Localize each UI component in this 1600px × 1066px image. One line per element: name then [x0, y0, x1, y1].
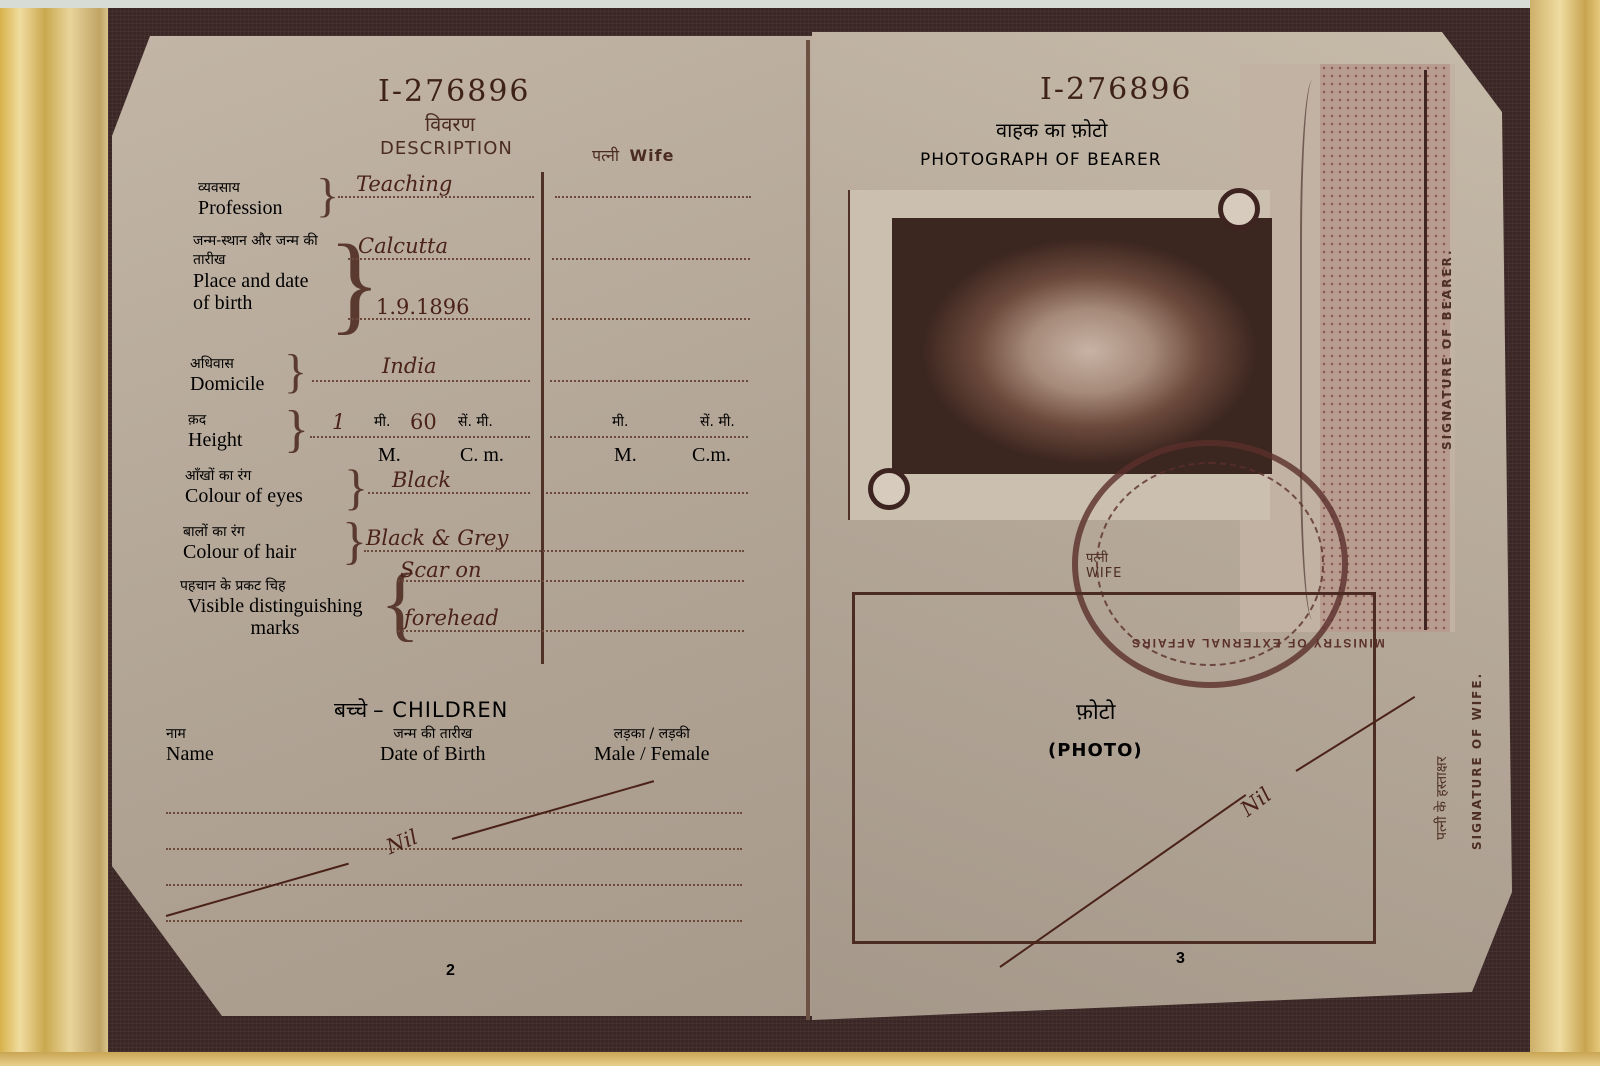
dotted-line — [338, 196, 534, 198]
height-meters-value: 1 — [332, 410, 345, 434]
height-label-hindi: क़द — [188, 410, 242, 429]
profession-label-hindi: व्यवसाय — [198, 178, 282, 197]
wife-height-cm-unit: C.m. — [692, 444, 731, 466]
brace: } — [284, 344, 307, 399]
wife-label: WIFE — [1086, 566, 1122, 581]
wife-profession-line — [555, 196, 751, 198]
height-m-unit-hindi: मी. — [374, 412, 390, 431]
photo-title: PHOTOGRAPH OF BEARER — [920, 150, 1162, 170]
hair-label: Colour of hair — [183, 541, 296, 563]
children-row-line — [166, 812, 742, 814]
dob-value: 1.9.1896 — [376, 295, 470, 319]
wife-eyes-line — [546, 492, 748, 494]
eyes-value: Black — [392, 468, 451, 492]
eyes-label: Colour of eyes — [185, 485, 303, 507]
wife-height-m-hindi: मी. — [612, 412, 628, 431]
col-sex-hindi: लड़का / लड़की — [594, 724, 710, 743]
children-row-line — [166, 884, 742, 886]
brace: } — [316, 168, 339, 223]
wife-domicile-line — [550, 380, 748, 382]
col-name-hindi: नाम — [166, 724, 214, 743]
page-number-right: 3 — [1176, 950, 1185, 968]
passport-number-left: I-276896 — [378, 74, 531, 109]
description-title-hindi: विवरण — [425, 110, 475, 137]
dotted-line — [310, 436, 530, 438]
column-divider — [541, 172, 544, 664]
frame-right-edge — [1530, 0, 1600, 1066]
wife-label-hindi: पत्नी — [1086, 548, 1122, 566]
signature-of-bearer-label: SIGNATURE OF BEARER. — [1440, 230, 1454, 450]
children-title-hindi: बच्चे — [334, 698, 367, 722]
height-label: Height — [188, 429, 242, 451]
height-cm-unit: C. m. — [460, 444, 504, 466]
birth-label-hindi: जन्म-स्थान और जन्म की तारीख — [193, 232, 323, 270]
dotted-line — [364, 550, 744, 552]
description-title: DESCRIPTION — [380, 138, 513, 159]
brace: } — [344, 458, 368, 516]
photo-rivet-icon — [868, 468, 910, 510]
height-cm-value: 60 — [410, 410, 437, 434]
profession-label: Profession — [198, 197, 282, 219]
signature-of-wife-hindi: पत्नी के हस्ताक्षर — [1432, 680, 1451, 840]
col-dob: Date of Birth — [380, 743, 486, 765]
wife-birthplace-line — [552, 258, 750, 260]
hair-label-hindi: बालों का रंग — [183, 522, 296, 541]
wife-column-header: पत्नी Wife — [592, 144, 674, 166]
height-cm-unit-hindi: सें. मी. — [458, 412, 493, 431]
brace: } — [342, 512, 367, 571]
children-col-dob: जन्म की तारीख Date of Birth — [380, 724, 486, 765]
wife-height-line — [550, 436, 748, 438]
frame-bottom-edge — [0, 1052, 1600, 1066]
dotted-line — [312, 380, 530, 382]
field-birth: जन्म-स्थान और जन्म की तारीख Place and da… — [193, 232, 323, 314]
domicile-value: India — [382, 354, 437, 378]
profession-value: Teaching — [356, 172, 452, 196]
bearer-photograph — [892, 218, 1272, 474]
page-number-left: 2 — [446, 962, 455, 980]
marks-label: Visible distinguishing marks — [180, 595, 370, 639]
col-sex: Male / Female — [594, 743, 710, 765]
field-marks: पहचान के प्रकट चिह Visible distinguishin… — [180, 576, 380, 639]
brace: } — [284, 400, 309, 459]
wife-photo-label: (PHOTO) — [1048, 740, 1143, 761]
col-dob-hindi: जन्म की तारीख — [380, 724, 486, 743]
wife-column-label: Wife — [629, 146, 674, 165]
dotted-line — [368, 492, 530, 494]
domicile-label: Domicile — [190, 373, 264, 395]
field-height: क़द Height — [188, 410, 242, 451]
field-eyes: आँखों का रंग Colour of eyes — [185, 466, 303, 507]
frame-top-edge — [0, 0, 1600, 8]
hair-value: Black & Grey — [366, 526, 508, 550]
photo-rivet-icon — [1218, 188, 1260, 230]
signature-of-wife-label: SIGNATURE OF WIFE. — [1470, 660, 1484, 850]
children-col-name: नाम Name — [166, 724, 214, 765]
domicile-label-hindi: अधिवास — [190, 354, 264, 373]
marks-value-line1: Scar on — [400, 558, 482, 582]
birth-label: Place and date of birth — [193, 270, 323, 314]
signature-strip-border — [1424, 70, 1427, 630]
dotted-line — [398, 630, 744, 632]
height-m-unit: M. — [378, 444, 401, 466]
children-col-sex: लड़का / लड़की Male / Female — [594, 724, 710, 765]
marks-value-line2: forehead — [404, 606, 499, 630]
field-domicile: अधिवास Domicile — [190, 354, 264, 395]
eyes-label-hindi: आँखों का रंग — [185, 466, 303, 485]
dotted-line — [348, 258, 530, 260]
wife-photo-hindi: फ़ोटो — [1076, 696, 1115, 726]
photo-title-hindi: वाहक का फ़ोटो — [996, 116, 1107, 143]
children-section-title: बच्चे – CHILDREN — [334, 696, 508, 724]
field-profession: व्यवसाय Profession — [198, 178, 282, 219]
children-title: CHILDREN — [392, 698, 508, 722]
page-gutter — [806, 40, 810, 1020]
passport-number-right: I-276896 — [1040, 72, 1193, 107]
birthplace-value: Calcutta — [358, 234, 448, 258]
wife-column-hindi: पत्नी — [592, 146, 619, 165]
children-row-line — [166, 848, 742, 850]
marks-label-hindi: पहचान के प्रकट चिह — [180, 576, 380, 595]
field-hair: बालों का रंग Colour of hair — [183, 522, 296, 563]
wife-label-box: पत्नी WIFE — [1086, 548, 1122, 581]
wife-height-cm-hindi: सें. मी. — [700, 412, 735, 431]
wife-height-m-unit: M. — [614, 444, 637, 466]
wife-dob-line — [552, 318, 750, 320]
col-name: Name — [166, 743, 214, 765]
children-row-line — [166, 920, 742, 922]
